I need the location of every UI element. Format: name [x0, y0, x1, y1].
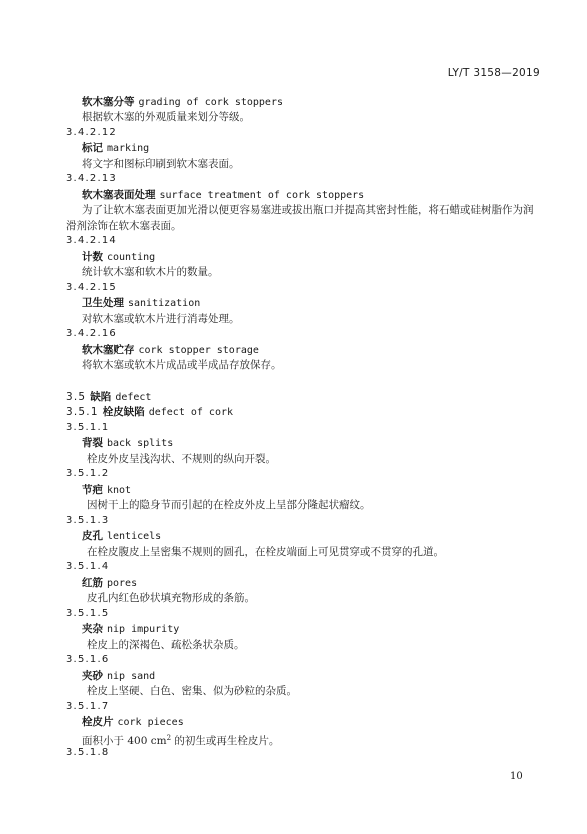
- clause-number: 3.5.1.4: [66, 560, 109, 574]
- definition: 将软木塞或软木片成品或半成品存放保存。: [82, 358, 282, 372]
- section-title-en: defect: [115, 392, 151, 403]
- term-en: back splits: [107, 438, 173, 449]
- definition-text: 的初生或再生栓皮片。: [171, 735, 279, 747]
- term-en: cork stopper storage: [139, 345, 259, 356]
- term-cork-pieces: 栓皮片cork pieces: [82, 715, 184, 730]
- term-surface-treatment: 软木塞表面处理surface treatment of cork stopper…: [82, 188, 364, 203]
- term-knot: 节疤knot: [82, 483, 131, 498]
- clause-number: 3.5.1.2: [66, 467, 109, 481]
- section-title-en: defect of cork: [149, 407, 233, 418]
- clause-number: 3.5.1.6: [66, 653, 109, 667]
- definition-continued: 滑剂涂饰在软木塞表面。: [66, 219, 182, 233]
- page-number: 10: [510, 771, 523, 782]
- clause-number: 3.4.2.16: [66, 327, 117, 341]
- section-heading-3-5: 3.5缺陷defect: [66, 390, 151, 405]
- clause-number: 3.4.2.15: [66, 281, 117, 295]
- term-sanitization: 卫生处理sanitization: [82, 296, 200, 311]
- term-marking: 标记marking: [82, 141, 149, 156]
- term-counting: 计数counting: [82, 250, 155, 265]
- section-number: 3.5.1: [66, 406, 99, 418]
- clause-number: 3.4.2.13: [66, 172, 117, 186]
- term-zh: 夹砂: [82, 670, 103, 682]
- term-zh: 节疤: [82, 484, 103, 496]
- term-zh: 栓皮片: [82, 716, 114, 728]
- term-pores: 红筋pores: [82, 576, 137, 591]
- section-title-zh: 缺陷: [90, 391, 111, 403]
- term-grading-of-cork-stoppers: 软木塞分等grading of cork stoppers: [82, 95, 283, 110]
- term-zh: 软木塞贮存: [82, 344, 135, 356]
- clause-number: 3.5.1.5: [66, 607, 109, 621]
- section-heading-3-5-1: 3.5.1栓皮缺陷defect of cork: [66, 405, 233, 420]
- term-en: knot: [107, 485, 131, 496]
- term-zh: 软木塞分等: [82, 96, 135, 108]
- term-lenticels: 皮孔lenticels: [82, 529, 161, 544]
- definition: 统计软木塞和软木片的数量。: [82, 265, 219, 279]
- clause-number: 3.5.1.7: [66, 700, 109, 714]
- term-en: cork pieces: [118, 717, 184, 728]
- term-zh: 背裂: [82, 437, 103, 449]
- term-zh: 卫生处理: [82, 297, 124, 309]
- definition: 栓皮外皮呈浅沟状、不规则的纵向开裂。: [87, 452, 276, 466]
- term-nip-sand: 夹砂nip sand: [82, 669, 155, 684]
- definition: 面积小于 400 cm2 的初生或再生栓皮片。: [82, 731, 279, 748]
- definition: 皮孔内红色砂状填充物形成的条筋。: [87, 591, 255, 605]
- clause-number: 3.4.2.12: [66, 126, 117, 140]
- definition: 栓皮上坚硬、白色、密集、似为砂粒的杂质。: [87, 684, 297, 698]
- section-title-zh: 栓皮缺陷: [103, 406, 145, 418]
- term-back-splits: 背裂back splits: [82, 436, 173, 451]
- term-en: sanitization: [128, 298, 200, 309]
- definition: 在栓皮腹皮上呈密集不规则的圆孔，在栓皮端面上可见贯穿或不贯穿的孔道。: [87, 545, 444, 559]
- definition: 根据软木塞的外观质量来划分等级。: [82, 110, 250, 124]
- term-en: lenticels: [107, 531, 161, 542]
- term-zh: 计数: [82, 251, 103, 263]
- term-nip-impurity: 夹杂nip impurity: [82, 622, 179, 637]
- clause-number: 3.5.1.8: [66, 746, 109, 760]
- term-zh: 皮孔: [82, 530, 103, 542]
- definition: 栓皮上的深褐色、疏松条状杂质。: [87, 638, 245, 652]
- term-en: nip sand: [107, 671, 155, 682]
- term-zh: 红筋: [82, 577, 103, 589]
- clause-number: 3.5.1.1: [66, 421, 109, 435]
- term-en: counting: [107, 252, 155, 263]
- definition: 对软木塞或软木片进行消毒处理。: [82, 312, 240, 326]
- term-zh: 夹杂: [82, 623, 103, 635]
- definition: 为了让软木塞表面更加光滑以便更容易塞进或拔出瓶口并提高其密封性能，将石蜡或硅树脂…: [82, 203, 534, 217]
- term-cork-stopper-storage: 软木塞贮存cork stopper storage: [82, 343, 259, 358]
- definition: 因树干上的隐身节而引起的在栓皮外皮上呈部分隆起状瘤纹。: [87, 498, 371, 512]
- section-number: 3.5: [66, 391, 86, 403]
- term-zh: 软木塞表面处理: [82, 189, 156, 201]
- definition: 将文字和图标印刷到软木塞表面。: [82, 157, 240, 171]
- term-en: surface treatment of cork stoppers: [160, 190, 365, 201]
- clause-number: 3.5.1.3: [66, 514, 109, 528]
- standard-code: LY/T 3158—2019: [448, 67, 540, 79]
- term-en: pores: [107, 578, 137, 589]
- term-zh: 标记: [82, 142, 103, 154]
- term-en: grading of cork stoppers: [139, 97, 284, 108]
- term-en: nip impurity: [107, 624, 179, 635]
- clause-number: 3.4.2.14: [66, 234, 117, 248]
- term-en: marking: [107, 143, 149, 154]
